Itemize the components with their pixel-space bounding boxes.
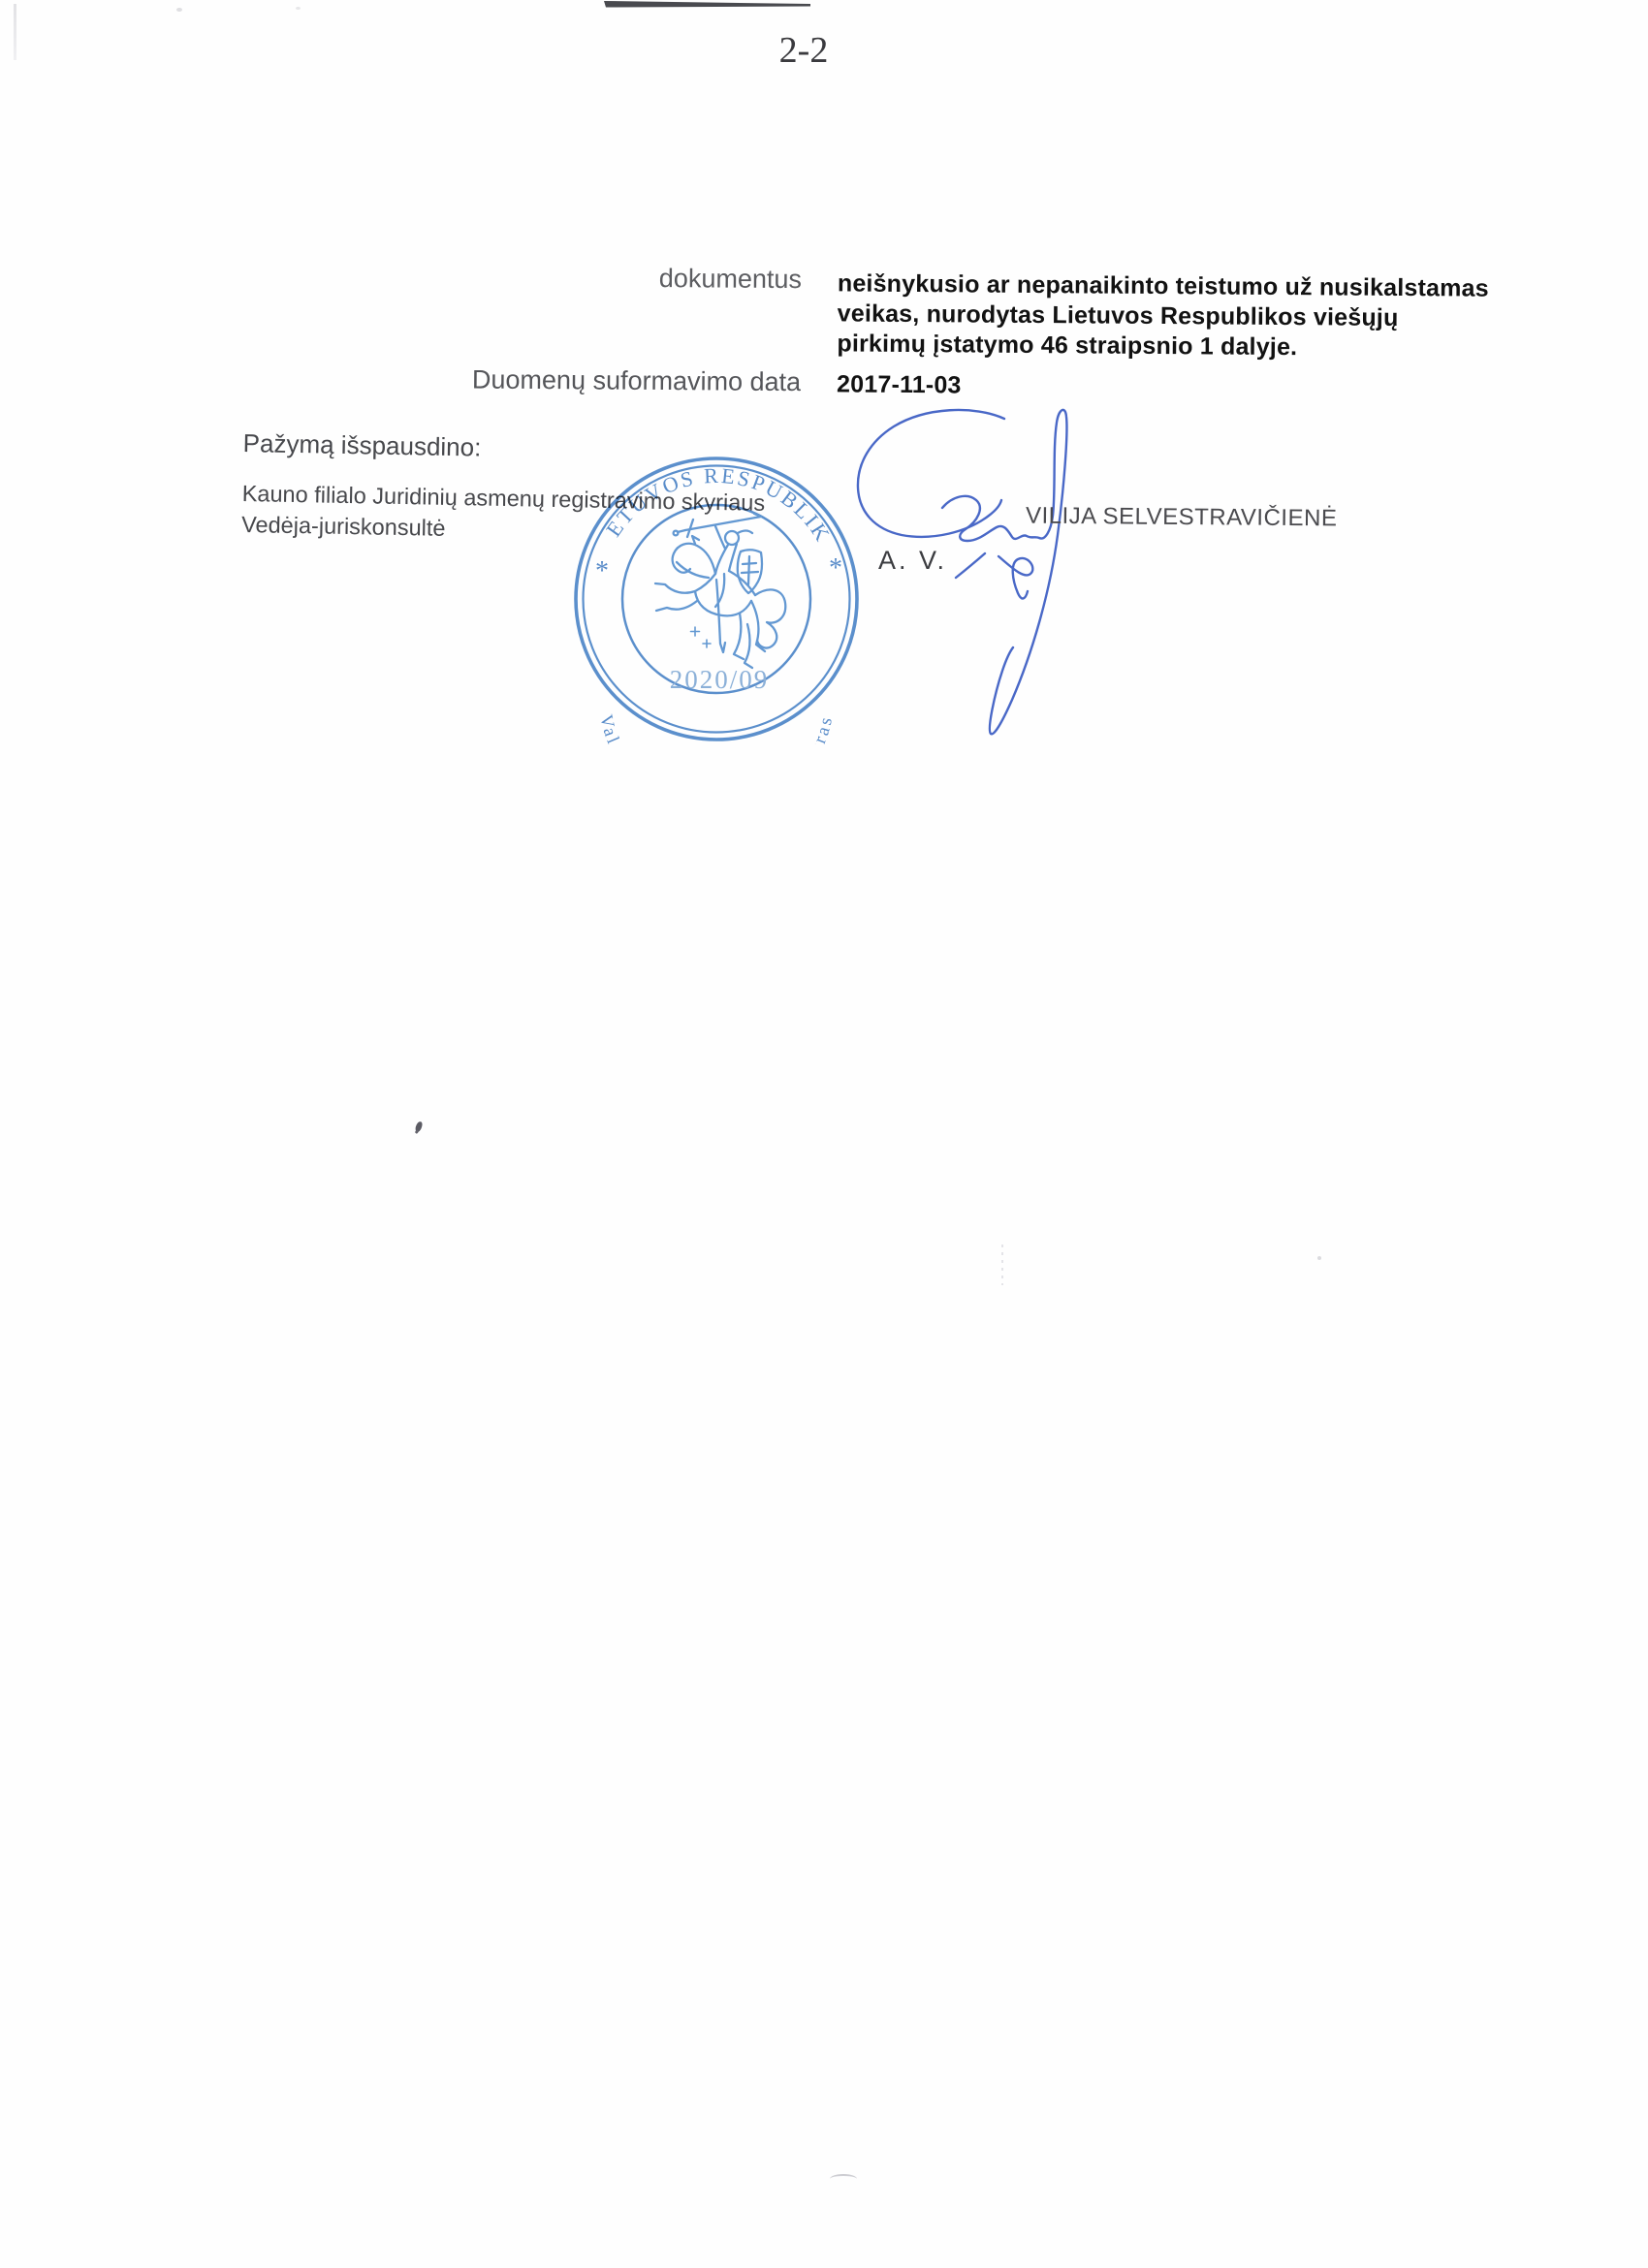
signature-loop-stroke: [858, 410, 1004, 537]
scan-streak-artifact: [601, 0, 814, 10]
scan-speck: [296, 7, 301, 10]
seal-abbreviation: A. V.: [878, 546, 947, 576]
registry-round-stamp: LIETUVOS RESPUBLIKA Valstybės įmonė Regi…: [571, 454, 862, 744]
scan-speck: [176, 8, 182, 12]
printed-by-section: Pažymą išspausdino: Kauno filialo Juridi…: [242, 428, 481, 462]
stamp-code: 2020/09: [670, 665, 770, 694]
scan-smudge: [830, 2174, 857, 2184]
printed-by-title: Vedėja-juriskonsultė: [241, 512, 446, 542]
signature-tick-stroke: [956, 553, 985, 578]
field-label-data-formation-date: Duomenų suformavimo data: [290, 363, 801, 397]
fields-section: dokumentus neišnykusio ar nepanaikinto t…: [2, 0, 1648, 11]
stamp-outer-ring: [576, 458, 857, 740]
field-value-dokumentus: neišnykusio ar nepanaikinto teistumo už …: [837, 268, 1555, 364]
field-label-dokumentus: dokumentus: [291, 261, 802, 295]
signer-name: VILIJA SELVESTRAVIČIENĖ: [1026, 503, 1338, 533]
handwritten-signature: [834, 388, 1105, 756]
ink-fleck-artifact: [415, 1120, 424, 1132]
signature-main-stroke: [942, 410, 1066, 734]
page-number: 2-2: [0, 29, 1607, 72]
stamp-top-arc-text: LIETUVOS RESPUBLIKA: [571, 454, 836, 547]
vytis-knight-icon: [655, 514, 785, 668]
printed-by-heading: Pažymą išspausdino:: [242, 428, 481, 462]
signature-flourish-stroke: [998, 556, 1032, 599]
stamp-separator-left: *: [595, 556, 609, 586]
scanned-document-page: { "page_number": "2-2", "fields": [ { "l…: [0, 0, 1648, 2268]
scan-smudge: [1317, 1256, 1321, 1260]
scan-smudge: [1001, 1244, 1003, 1285]
value-line: pirkimų įstatymo 46 straipsnio 1 dalyje.: [837, 329, 1554, 364]
